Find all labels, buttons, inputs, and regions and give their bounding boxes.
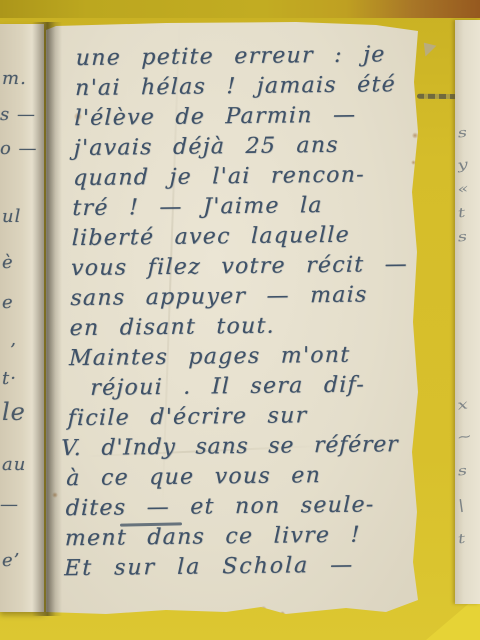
letter-line: n'ai hélas ! jamais été	[75, 70, 426, 104]
letter-line: sans appuyer — mais	[70, 280, 421, 314]
paper-chip	[421, 43, 437, 59]
foxing-spot	[280, 611, 285, 616]
underlying-page-text-fragment: s	[457, 125, 468, 141]
letter-line: ficile d'écrire sur	[67, 400, 418, 434]
facing-page-edge: m. s — o — ul è e ’ t· le au — e’	[0, 24, 44, 612]
underlying-page-text-fragment: t	[457, 206, 466, 222]
facing-page-text-fragment: m.	[2, 68, 27, 89]
underlying-page-text-fragment: «	[456, 181, 469, 197]
underlying-page-text-fragment: s	[457, 463, 468, 479]
letter-line: dites — et non seule-	[65, 490, 416, 524]
letter-line: tré ! — J'aime la	[72, 190, 423, 224]
facing-page-text-fragment: t·	[2, 368, 17, 389]
letter-line: Maintes pages m'ont	[69, 340, 420, 374]
facing-page-text-fragment: e	[2, 292, 14, 313]
letter-line: V. d'Indy sans se référer	[61, 430, 418, 464]
letter-line: Et sur la Schola —	[64, 550, 415, 584]
letter-page: une petite erreur : je n'ai hélas ! jama…	[46, 22, 422, 618]
letter-body: une petite erreur : je n'ai hélas ! jama…	[64, 40, 426, 584]
foxing-spot	[260, 606, 267, 612]
letter-line: en disant tout.	[69, 310, 420, 344]
underlying-page-edge: s y « t s x ~ s | t	[455, 20, 480, 604]
foxing-spot	[52, 492, 58, 498]
underlying-page-text-fragment: s	[457, 229, 468, 245]
letter-line: ment dans ce livre !	[65, 520, 416, 554]
facing-page-text-fragment: e’	[2, 550, 20, 571]
letter-line: l'élève de Parmin —	[74, 100, 425, 134]
underlying-page-text-fragment: ~	[456, 429, 473, 446]
photograph-of-handwritten-letter: m. s — o — ul è e ’ t· le au — e’ une pe…	[0, 0, 480, 640]
facing-page-text-fragment: ul	[2, 206, 21, 227]
letter-line: vous filez votre récit —	[71, 250, 422, 284]
facing-page-text-fragment: —	[0, 494, 19, 515]
letter-line: réjoui . Il sera dif-	[90, 370, 419, 404]
facing-page-text-fragment: le	[2, 398, 26, 426]
letter-line: une petite erreur : je	[75, 40, 426, 74]
underlying-page-text-fragment: |	[457, 498, 465, 514]
underlying-page-text-fragment: x	[457, 397, 469, 413]
letter-line: quand je l'ai rencon-	[73, 160, 424, 194]
letter-line: à ce que vous en	[66, 460, 417, 494]
facing-page-text-fragment: o —	[0, 138, 38, 159]
facing-page-text-fragment: è	[2, 252, 14, 273]
facing-page-text-fragment: ’	[10, 340, 17, 361]
backing-sheet-top-band	[0, 0, 480, 18]
letter-line: liberté avec laquelle	[71, 220, 422, 254]
underlying-page-text-fragment: y	[457, 157, 469, 173]
letter-line: j'avais déjà 25 ans	[73, 130, 424, 164]
facing-page-text-fragment: s —	[0, 104, 36, 125]
facing-page-text-fragment: au	[2, 454, 26, 475]
underlying-page-text-fragment: t	[457, 532, 466, 548]
